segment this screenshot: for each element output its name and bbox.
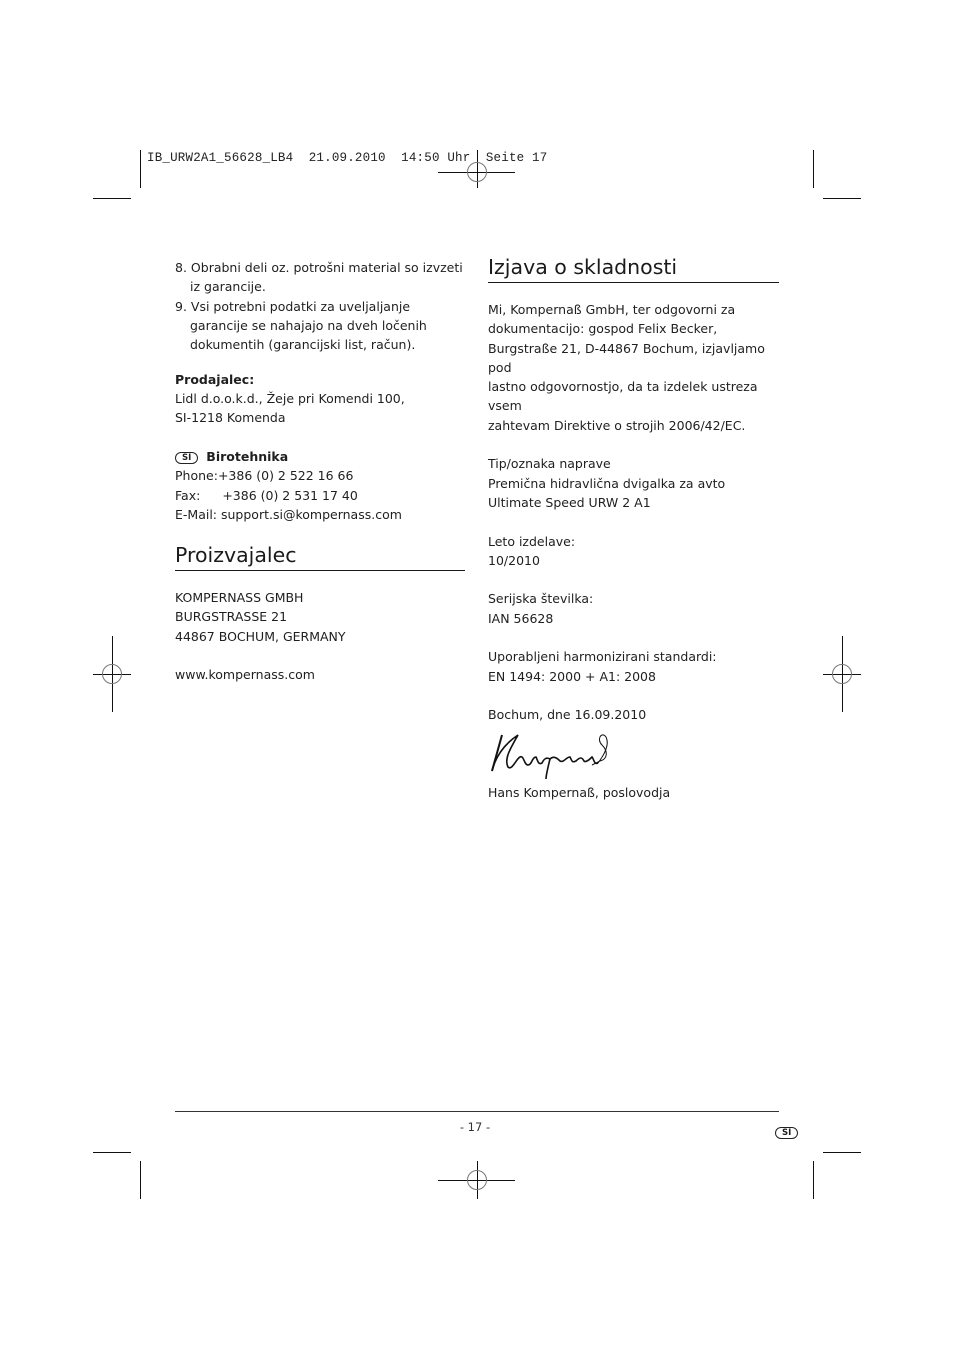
address-line: 44867 BOCHUM, GERMANY — [175, 627, 465, 646]
manufacturer-heading: Proizvajalec — [175, 543, 465, 571]
website-link[interactable]: www.kompernass.com — [175, 665, 465, 684]
place-date: Bochum, dne 16.09.2010 — [488, 705, 779, 724]
seller-heading: Prodajalec: — [175, 370, 465, 389]
page-number: - 17 - — [440, 1120, 510, 1134]
list-item: 9. Vsi potrebni podatki za uveljaljanje … — [175, 297, 465, 355]
crop-mark — [93, 198, 131, 199]
address-line: KOMPERNASS GMBH — [175, 588, 465, 607]
type-line: Premična hidravlična dvigalka za avto — [488, 474, 779, 493]
list-item: 8. Obrabni deli oz. potrošni material so… — [175, 258, 465, 297]
intro-line: Mi, Kompernaß GmbH, ter odgovorni za — [488, 300, 779, 319]
print-slug: IB_URW2A1_56628_LB4 21.09.2010 14:50 Uhr… — [147, 151, 547, 165]
crop-mark — [813, 1161, 814, 1199]
serial-value: IAN 56628 — [488, 609, 779, 628]
seller-line: Lidl d.o.o.k.d., Žeje pri Komendi 100, — [175, 389, 465, 408]
type-label: Tip/oznaka naprave — [488, 454, 779, 473]
service-email: E-Mail: support.si@kompernass.com — [175, 505, 465, 524]
declaration-heading: Izjava o skladnosti — [488, 255, 779, 283]
service-fax: Fax:+386 (0) 2 531 17 40 — [175, 486, 465, 505]
standards-value: EN 1494: 2000 + A1: 2008 — [488, 667, 779, 686]
intro-line: lastno odgovornostjo, da ta izdelek ustr… — [488, 377, 779, 416]
right-column: Izjava o skladnosti Mi, Kompernaß GmbH, … — [488, 255, 779, 802]
type-line: Ultimate Speed URW 2 A1 — [488, 493, 779, 512]
intro-line: dokumentacijo: gospod Felix Becker, — [488, 319, 779, 338]
crop-mark — [93, 1152, 131, 1153]
standards-label: Uporabljeni harmonizirani standardi: — [488, 647, 779, 666]
service-heading: SIBirotehnika — [175, 447, 465, 466]
country-badge: SI — [175, 452, 198, 464]
seller-line: SI-1218 Komenda — [175, 408, 465, 427]
left-column: 8. Obrabni deli oz. potrošni material so… — [175, 258, 465, 524]
crop-mark — [823, 198, 861, 199]
signature — [488, 725, 779, 783]
serial-label: Serijska številka: — [488, 589, 779, 608]
intro-line: Burgstraße 21, D-44867 Bochum, izjavljam… — [488, 339, 779, 378]
crop-mark — [140, 150, 141, 188]
intro-line: zahtevam Direktive o strojih 2006/42/EC. — [488, 416, 779, 435]
manufacturer-section: Proizvajalec KOMPERNASS GMBH BURGSTRASSE… — [175, 543, 465, 684]
footer-rule — [175, 1111, 779, 1112]
service-phone: Phone:+386 (0) 2 522 16 66 — [175, 466, 465, 485]
crop-mark — [140, 1161, 141, 1199]
crop-mark — [823, 1152, 861, 1153]
address-line: BURGSTRASSE 21 — [175, 607, 465, 626]
service-name: Birotehnika — [206, 449, 288, 464]
language-badge: SI — [775, 1121, 806, 1140]
crop-mark — [813, 150, 814, 188]
signatory: Hans Kompernaß, poslovodja — [488, 783, 779, 802]
year-label: Leto izdelave: — [488, 532, 779, 551]
year-value: 10/2010 — [488, 551, 779, 570]
